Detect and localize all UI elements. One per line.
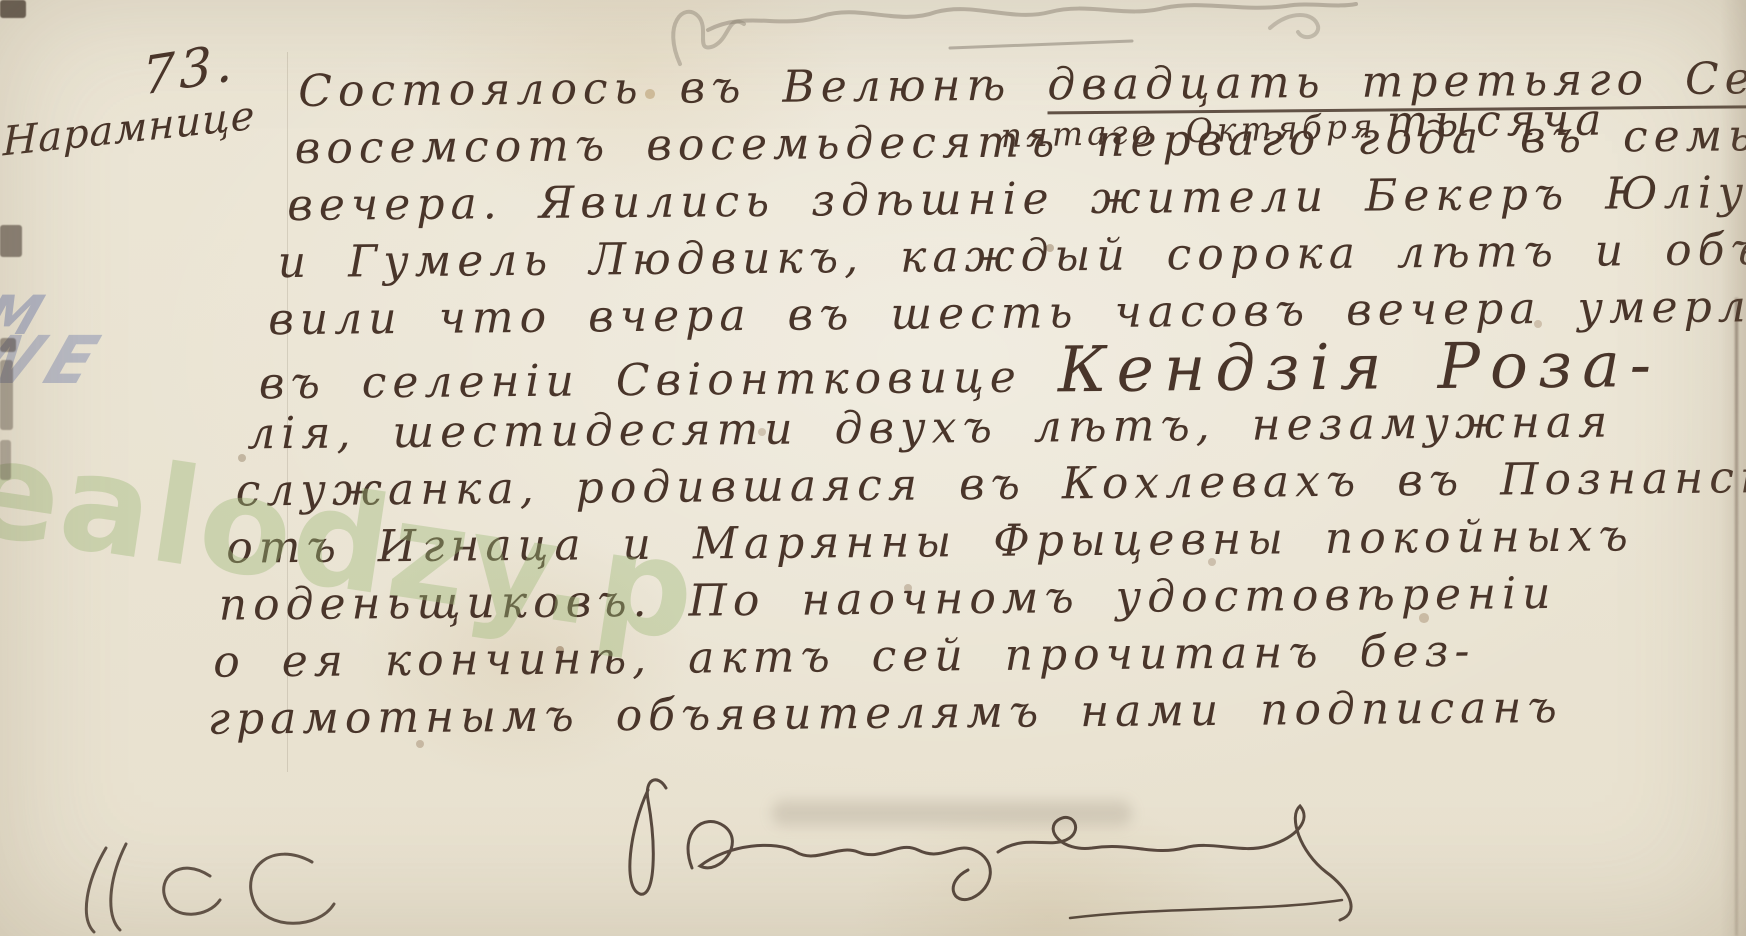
scan-edge-mark [0, 225, 22, 257]
page-edge-shadow [1720, 0, 1746, 936]
record-line-1: Состоялось въ Велюнѣ двадцать третьяго С… [298, 48, 1746, 120]
opening-phrase: Состоялось въ Велюнѣ [298, 60, 1012, 117]
scan-edge-mark [0, 338, 16, 352]
blue-watermark-fragment-we: WE [0, 322, 118, 399]
date-gregorian-interline: пятаго Октября [1000, 97, 1377, 164]
scan-edge-mark [0, 360, 13, 430]
record-text-block: Состоялось въ Велюнѣ двадцать третьяго С… [202, 48, 1746, 748]
registrar-signature [600, 748, 1500, 934]
scan-edge-mark [0, 0, 26, 18]
next-act-fragment [60, 832, 390, 936]
scan-edge-mark [0, 440, 11, 480]
year-word: тысяча [1386, 92, 1607, 151]
scanned-record-page: 73. Нарамнице Состоялось въ Велюнѣ двадц… [0, 0, 1746, 936]
